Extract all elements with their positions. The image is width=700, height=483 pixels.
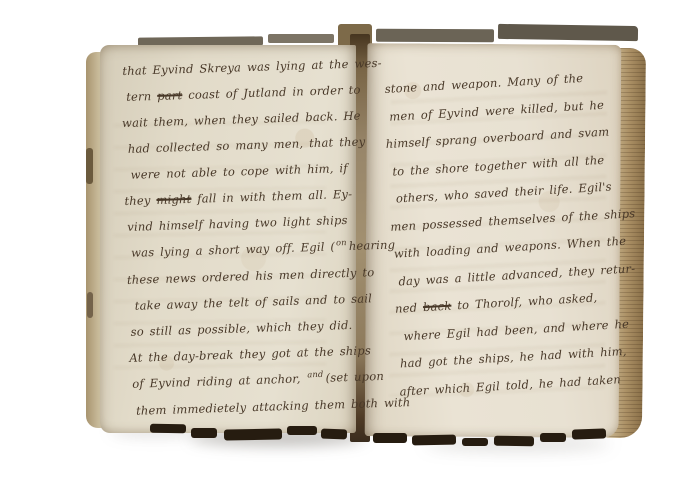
torn-edge-fragment xyxy=(150,424,186,434)
manuscript-text: was lying a short way off. Egil ( xyxy=(131,239,335,259)
top-page-edge-strip xyxy=(498,24,638,41)
manuscript-text: At the day-break they got at the ships xyxy=(129,343,371,365)
manuscript-text: vind himself having two light ships xyxy=(127,213,348,234)
manuscript-text: take away the telt of sails and to sail xyxy=(135,291,373,312)
struck-word: back xyxy=(423,299,452,315)
manuscript-text: wait them, when they sailed back. He xyxy=(122,109,361,130)
edge-mark xyxy=(87,292,93,318)
right-page-text: stone and weapon. Many of themen of Eyvi… xyxy=(384,64,624,406)
torn-edge-fragment xyxy=(462,438,488,446)
manuscript-text: men of Eyvind were killed, but he xyxy=(389,97,604,123)
manuscript-text: had got the ships, he had with him, xyxy=(400,344,627,371)
manuscript-text: tern xyxy=(126,89,157,104)
torn-edge-fragment xyxy=(373,433,407,443)
top-page-edge-strip xyxy=(268,34,334,43)
torn-edge-fragment xyxy=(287,426,317,435)
struck-word: might xyxy=(156,192,191,207)
manuscript-text: these news ordered his men directly to xyxy=(127,265,375,287)
manuscript-text: of Eyvind riding at anchor, xyxy=(132,371,307,390)
manuscript-text: coast of Jutland in order to xyxy=(182,83,361,103)
torn-edge-fragment xyxy=(494,436,534,447)
manuscript-text: stone and weapon. Many of the xyxy=(384,71,583,96)
torn-edge-fragment xyxy=(412,435,456,446)
manuscript-text: that Eyvind Skreya was lying at the wes- xyxy=(122,56,382,78)
manuscript-text: to Thorolf, who asked, xyxy=(451,290,598,312)
struck-word: part xyxy=(157,88,183,103)
manuscript-text: they xyxy=(124,193,156,208)
torn-edge-fragment xyxy=(191,428,217,438)
torn-edge-fragment xyxy=(321,429,347,440)
manuscript-text: hearing xyxy=(349,238,396,253)
manuscript-text: himself sprang overboard and svam xyxy=(385,125,609,151)
manuscript-text: ned xyxy=(395,300,424,316)
manuscript-text: fall in with them all. Ey- xyxy=(191,187,352,206)
inserted-word: on xyxy=(336,237,347,247)
torn-edge-fragment xyxy=(224,428,282,440)
manuscript-text: (set upon xyxy=(325,369,384,385)
inserted-word: and xyxy=(307,369,323,380)
top-page-edge-strip xyxy=(376,29,494,43)
manuscript-text: after which Egil told, he had taken xyxy=(399,372,621,398)
manuscript-text: to the shore together with all the xyxy=(392,152,605,178)
manuscript-text: had collected so many men, that they xyxy=(128,134,366,155)
left-page-text: that Eyvind Skreya was lying at the wes-… xyxy=(122,51,365,424)
edge-mark xyxy=(86,148,93,184)
manuscript-text: others, who saved their life. Egil's xyxy=(395,179,612,205)
open-book-photo: that Eyvind Skreya was lying at the wes-… xyxy=(0,0,700,483)
manuscript-text: so still as possible, which they did. xyxy=(130,318,352,339)
torn-edge-fragment xyxy=(572,428,606,439)
manuscript-text: were not able to cope with him, if xyxy=(130,161,348,182)
torn-edge-fragment xyxy=(540,433,566,442)
